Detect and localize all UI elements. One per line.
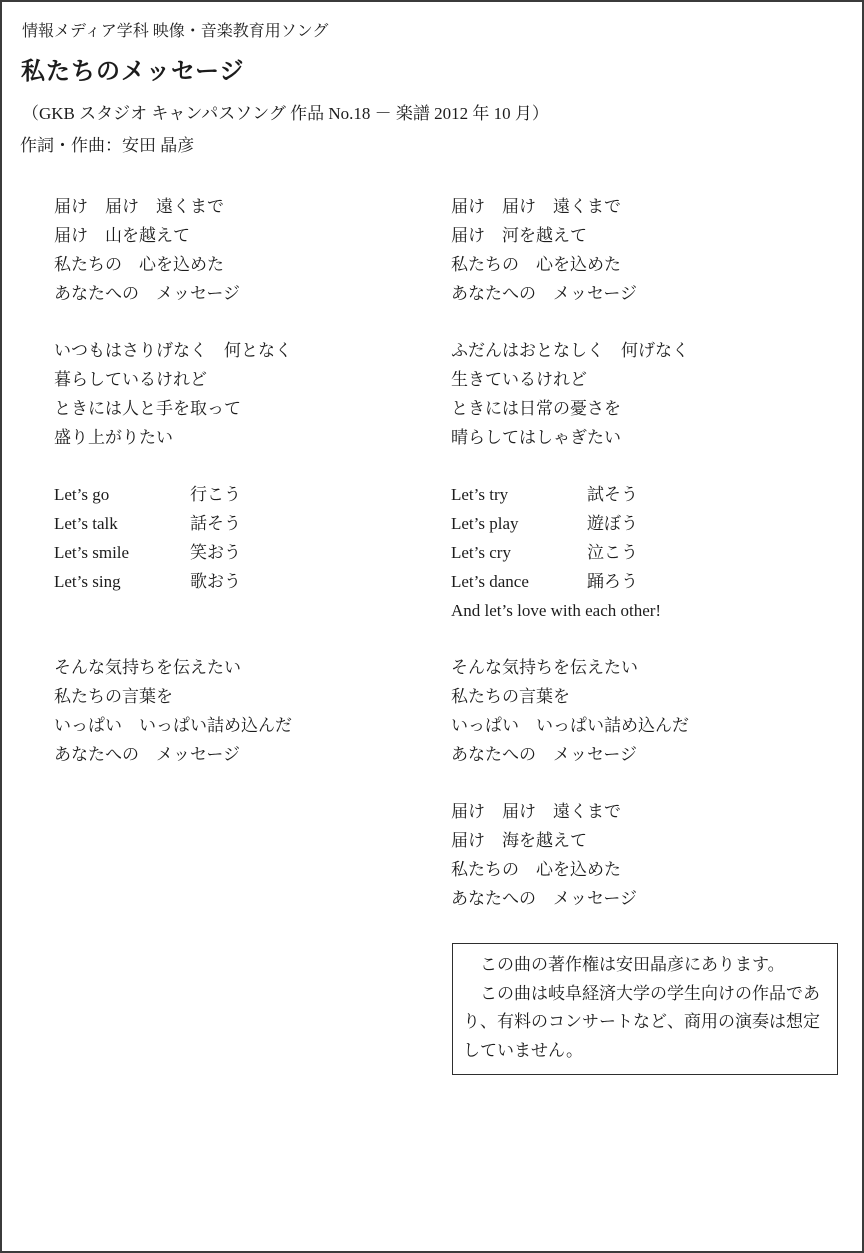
lyric-line: 盛り上がりたい	[54, 423, 292, 452]
lets-japanese: 遊ぼう	[587, 514, 638, 533]
lyrics-column-right: 届け 届け 遠くまで 届け 河を越えて 私たちの 心を込めた あなたへの メッセ…	[451, 192, 689, 941]
lets-japanese: 歌おう	[190, 572, 241, 591]
right-stanza-1: 届け 届け 遠くまで 届け 河を越えて 私たちの 心を込めた あなたへの メッセ…	[451, 192, 689, 308]
lyric-line: Let’s dance踊ろう	[451, 567, 689, 596]
lyric-line: そんな気持ちを伝えたい	[54, 653, 292, 682]
lets-japanese: 話そう	[190, 514, 241, 533]
copyright-paragraph-2: この曲は岐阜経済大学の学生向けの作品であり、有料のコンサートなど、商用の演奏は想…	[463, 980, 827, 1066]
song-subtitle: （GKB スタジオ キャンパスソング 作品 No.18 － 楽譜 2012 年 …	[22, 103, 549, 125]
lets-english: Let’s smile	[54, 538, 190, 567]
right-stanza-3: Let’s try試そう Let’s play遊ぼう Let’s cry泣こう …	[451, 480, 689, 625]
lyric-line: 晴らしてはしゃぎたい	[451, 423, 689, 452]
lyric-line: 届け 河を越えて	[451, 221, 689, 250]
lyric-line: いっぱい いっぱい詰め込んだ	[451, 711, 689, 740]
department-line: 情報メディア学科 映像・音楽教育用ソング	[22, 22, 328, 42]
lyric-line: ときには日常の憂さを	[451, 394, 689, 423]
lyric-line: 私たちの 心を込めた	[54, 250, 292, 279]
lets-english: Let’s try	[451, 480, 587, 509]
lyric-line: Let’s sing歌おう	[54, 567, 292, 596]
lyric-line: あなたへの メッセージ	[451, 740, 689, 769]
lets-japanese: 試そう	[587, 485, 638, 504]
lyric-line: Let’s smile笑おう	[54, 538, 292, 567]
left-stanza-1: 届け 届け 遠くまで 届け 山を越えて 私たちの 心を込めた あなたへの メッセ…	[54, 192, 292, 308]
lyric-line: 私たちの言葉を	[451, 682, 689, 711]
lyric-line: 暮らしているけれど	[54, 365, 292, 394]
lyric-line: 生きているけれど	[451, 365, 689, 394]
lyric-line: 私たちの 心を込めた	[451, 855, 689, 884]
lyric-line: あなたへの メッセージ	[451, 279, 689, 308]
lyric-line: Let’s play遊ぼう	[451, 509, 689, 538]
lyric-line: あなたへの メッセージ	[451, 884, 689, 913]
lyric-line: 私たちの 心を込めた	[451, 250, 689, 279]
lyric-line: いつもはさりげなく 何となく	[54, 336, 292, 365]
left-stanza-2: いつもはさりげなく 何となく 暮らしているけれど ときには人と手を取って 盛り上…	[54, 336, 292, 452]
lyric-line: 届け 届け 遠くまで	[451, 797, 689, 826]
right-stanza-2: ふだんはおとなしく 何げなく 生きているけれど ときには日常の憂さを 晴らしては…	[451, 336, 689, 452]
copyright-paragraph-1: この曲の著作権は安田晶彦にあります。	[463, 951, 827, 980]
lyric-line: 私たちの言葉を	[54, 682, 292, 711]
lets-english: Let’s dance	[451, 567, 587, 596]
lets-english: Let’s play	[451, 509, 587, 538]
lets-japanese: 泣こう	[587, 543, 638, 562]
songwriter-credit: 作詞・作曲：安田 晶彦	[20, 135, 194, 157]
right-stanza-4: そんな気持ちを伝えたい 私たちの言葉を いっぱい いっぱい詰め込んだ あなたへの…	[451, 653, 689, 769]
lets-english: Let’s cry	[451, 538, 587, 567]
lyric-line-coda: And let’s love with each other!	[451, 596, 689, 625]
lets-english: Let’s sing	[54, 567, 190, 596]
lyric-line: Let’s try試そう	[451, 480, 689, 509]
lyric-line: あなたへの メッセージ	[54, 740, 292, 769]
lyric-line: いっぱい いっぱい詰め込んだ	[54, 711, 292, 740]
lyric-line: Let’s go行こう	[54, 480, 292, 509]
lyric-line: あなたへの メッセージ	[54, 279, 292, 308]
copyright-notice-box: この曲の著作権は安田晶彦にあります。 この曲は岐阜経済大学の学生向けの作品であり…	[452, 943, 838, 1075]
lyric-line: 届け 届け 遠くまで	[451, 192, 689, 221]
right-stanza-5: 届け 届け 遠くまで 届け 海を越えて 私たちの 心を込めた あなたへの メッセ…	[451, 797, 689, 913]
song-title: 私たちのメッセージ	[21, 57, 245, 87]
lyric-line: 届け 山を越えて	[54, 221, 292, 250]
lets-english: Let’s talk	[54, 509, 190, 538]
lyric-line: Let’s cry泣こう	[451, 538, 689, 567]
lets-english: Let’s go	[54, 480, 190, 509]
lyrics-column-left: 届け 届け 遠くまで 届け 山を越えて 私たちの 心を込めた あなたへの メッセ…	[54, 192, 292, 797]
left-stanza-3: Let’s go行こう Let’s talk話そう Let’s smile笑おう…	[54, 480, 292, 596]
lets-japanese: 踊ろう	[587, 572, 638, 591]
lyric-sheet-page: 情報メディア学科 映像・音楽教育用ソング 私たちのメッセージ （GKB スタジオ…	[0, 0, 864, 1253]
lyric-line: 届け 届け 遠くまで	[54, 192, 292, 221]
lyric-line: ふだんはおとなしく 何げなく	[451, 336, 689, 365]
lyric-line: ときには人と手を取って	[54, 394, 292, 423]
left-stanza-4: そんな気持ちを伝えたい 私たちの言葉を いっぱい いっぱい詰め込んだ あなたへの…	[54, 653, 292, 769]
lets-japanese: 行こう	[190, 485, 241, 504]
lets-japanese: 笑おう	[190, 543, 241, 562]
lyric-line: Let’s talk話そう	[54, 509, 292, 538]
lyric-line: 届け 海を越えて	[451, 826, 689, 855]
lyric-line: そんな気持ちを伝えたい	[451, 653, 689, 682]
